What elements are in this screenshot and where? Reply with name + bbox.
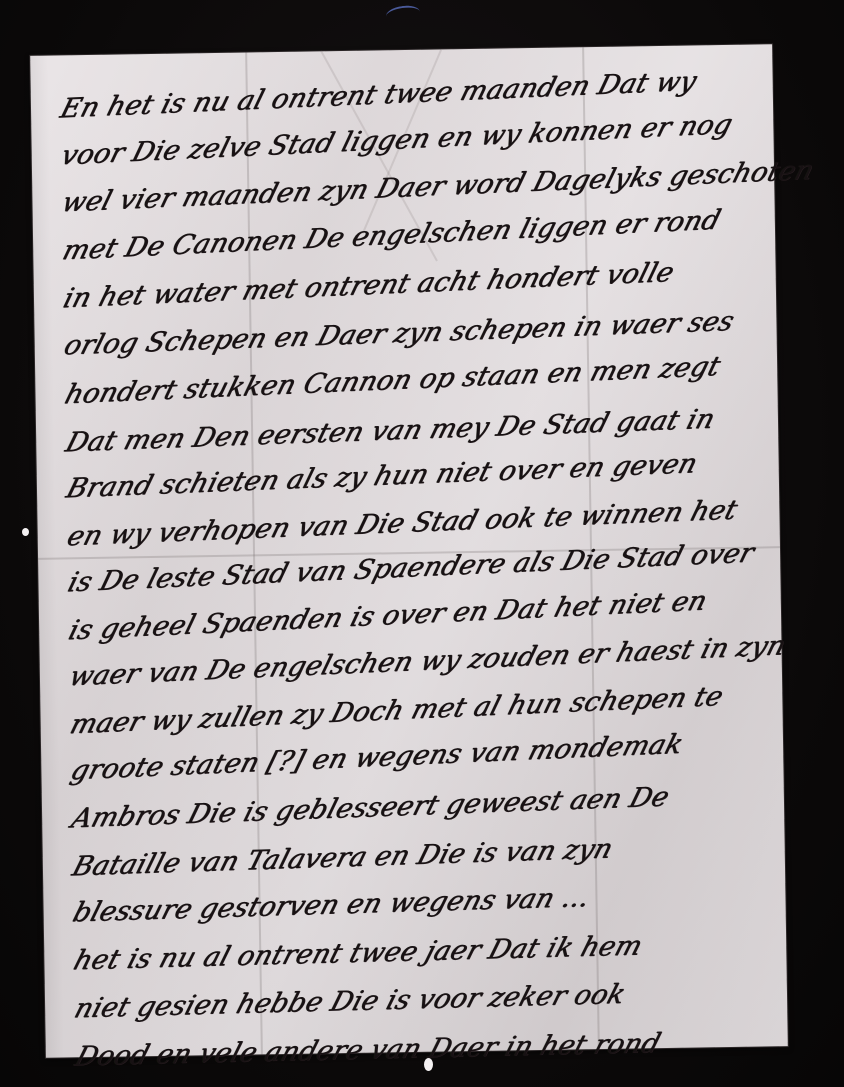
letter-page: En het is nu al ontrent twee maanden Dat… xyxy=(30,44,788,1058)
text-line: blessure gestorven en wegens van ... xyxy=(69,876,781,929)
text-line: niet gesien hebbe Die is voor zeker ook xyxy=(70,975,782,1026)
text-line: Bataille van Talavera en Die is van zyn xyxy=(68,828,781,883)
dust-speck xyxy=(22,528,29,536)
text-line: het is nu al ontrent twee jaer Dat ik he… xyxy=(70,927,782,978)
binding-mark xyxy=(385,4,421,25)
handwritten-text: En het is nu al ontrent twee maanden Dat… xyxy=(30,44,788,1058)
text-line: Ambros Die is geblesseert geweest aen De xyxy=(68,778,782,836)
document-photograph: En het is nu al ontrent twee maanden Dat… xyxy=(0,0,844,1087)
